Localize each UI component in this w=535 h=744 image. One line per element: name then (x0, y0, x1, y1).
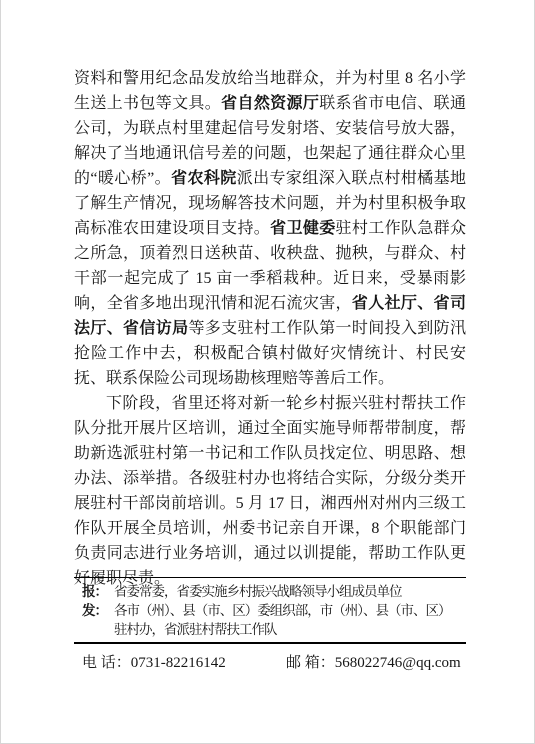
email-value: 568022746@qq.com (335, 655, 461, 671)
note-text-line: 省委常委，省委实施乡村振兴战略领导小组成员单位 (114, 582, 466, 601)
phone-field: 电 话：0731-82216142 (82, 655, 226, 671)
footer-divider-bottom (74, 642, 466, 644)
body-text-run: 下阶段，省里还将对新一轮乡村振兴驻村帮扶工作队分批开展片区培训，通过全面实施导师… (74, 395, 466, 587)
footer-note-row: 报：省委常委，省委实施乡村振兴战略领导小组成员单位 (82, 582, 466, 601)
bold-agency-name: 省自然资源厅 (221, 95, 319, 112)
document-footer: 报：省委常委，省委实施乡村振兴战略领导小组成员单位发：各市（州）、县（市、区）委… (74, 577, 466, 672)
email-field: 邮 箱：568022746@qq.com (286, 654, 461, 672)
bold-agency-name: 省卫健委 (270, 220, 335, 237)
phone-label: 电 话： (82, 655, 131, 671)
bold-agency-name: 省农科院 (171, 170, 237, 187)
email-label: 邮 箱： (286, 655, 335, 671)
footer-notes: 报：省委常委，省委实施乡村振兴战略领导小组成员单位发：各市（州）、县（市、区）委… (74, 578, 466, 642)
body-paragraph: 资料和警用纪念品发放给当地群众，并为村里 8 名小学生送上书包等文具。省自然资源… (74, 66, 466, 391)
note-text-line: 各市（州）、县（市、区）委组织部，市（州）、县（市、区） (114, 601, 466, 620)
note-label: 发： (82, 601, 107, 620)
body-paragraph: 下阶段，省里还将对新一轮乡村振兴驻村帮扶工作队分批开展片区培训，通过全面实施导师… (74, 391, 466, 591)
footer-contact: 电 话：0731-82216142 邮 箱：568022746@qq.com (74, 654, 466, 672)
note-label: 报： (82, 582, 107, 601)
note-text: 各市（州）、县（市、区）委组织部，市（州）、县（市、区）驻村办，省派驻村帮扶工作… (114, 601, 466, 639)
footer-note-row: 发：各市（州）、县（市、区）委组织部，市（州）、县（市、区）驻村办，省派驻村帮扶… (82, 601, 466, 639)
note-text-line: 驻村办，省派驻村帮扶工作队 (114, 620, 466, 639)
note-text: 省委常委，省委实施乡村振兴战略领导小组成员单位 (114, 582, 466, 601)
document-page: 资料和警用纪念品发放给当地群众，并为村里 8 名小学生送上书包等文具。省自然资源… (0, 0, 535, 744)
document-body: 资料和警用纪念品发放给当地群众，并为村里 8 名小学生送上书包等文具。省自然资源… (74, 66, 466, 591)
phone-value: 0731-82216142 (131, 655, 226, 671)
